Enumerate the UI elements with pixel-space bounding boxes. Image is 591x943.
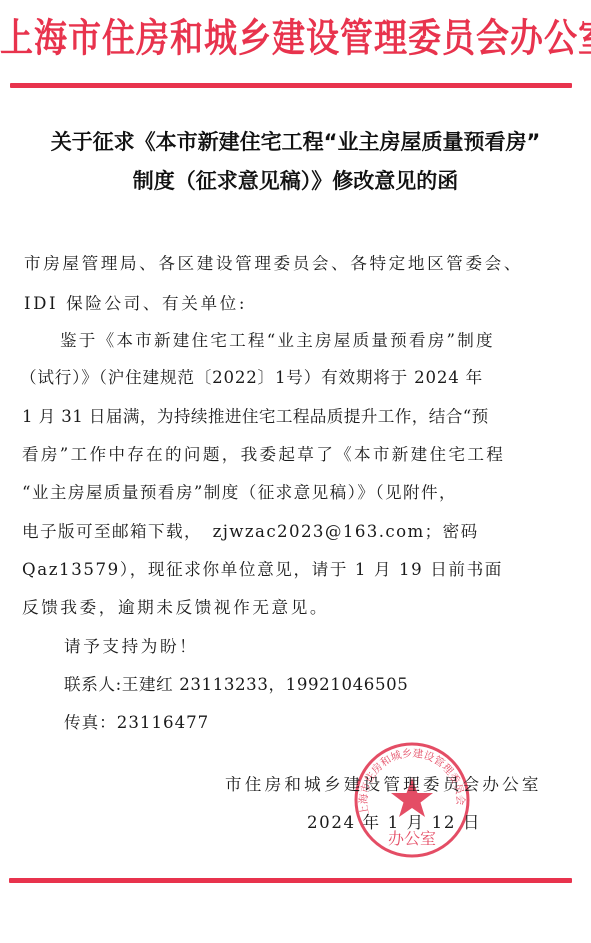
closing-line: 请予支持为盼！: [64, 633, 198, 657]
official-seal-stamp: 上海市住房和城乡建设管理委员会 办公室: [352, 740, 472, 860]
body-line-1: 鉴于《本市新建住宅工程“业主房屋质量预看房”制度: [60, 327, 495, 351]
body-line-2: （试行）》（沪住建规范〔2022〕1号）有效期将于 2024 年: [20, 364, 483, 388]
body-line-4: 看房”工作中存在的问题，我委起草了《本市新建住宅工程: [22, 441, 505, 465]
addressee-line2: IDI 保险公司、有关单位:: [24, 290, 247, 314]
body-line-6: 电子版可至邮箱下载， zjwzac2023@163.com；密码: [22, 518, 479, 542]
contact-line: 联系人:王建红 23113233，19921046505: [64, 671, 408, 695]
body-line-7: Qaz13579），现征求你单位意见，请于 1 月 19 日前书面: [22, 556, 503, 580]
document-title-line2: 制度（征求意见稿）》修改意见的函: [0, 165, 591, 195]
addressee-line1: 市房屋管理局、各区建设管理委员会、各特定地区管委会、: [24, 250, 523, 274]
header-red-rule: [10, 83, 572, 88]
body-line-3: 1 月 31 日届满，为持续推进住宅工程品质提升工作，结合“预: [22, 403, 489, 427]
footer-red-rule: [9, 878, 572, 883]
document-title-line1: 关于征求《本市新建住宅工程“业主房屋质量预看房”: [0, 126, 591, 156]
signature-date: 2024 年 1 月 12 日: [307, 809, 481, 833]
body-line-5: “业主房屋质量预看房”制度（征求意见稿）》（见附件，: [22, 479, 457, 503]
issuer-header: 上海市住房和城乡建设管理委员会办公室: [0, 8, 591, 63]
signature-org: 市住房和城乡建设管理委员会办公室: [225, 771, 542, 795]
fax-line: 传真：23116477: [64, 709, 209, 733]
body-line-8: 反馈我委，逾期未反馈视作无意见。: [22, 594, 329, 618]
